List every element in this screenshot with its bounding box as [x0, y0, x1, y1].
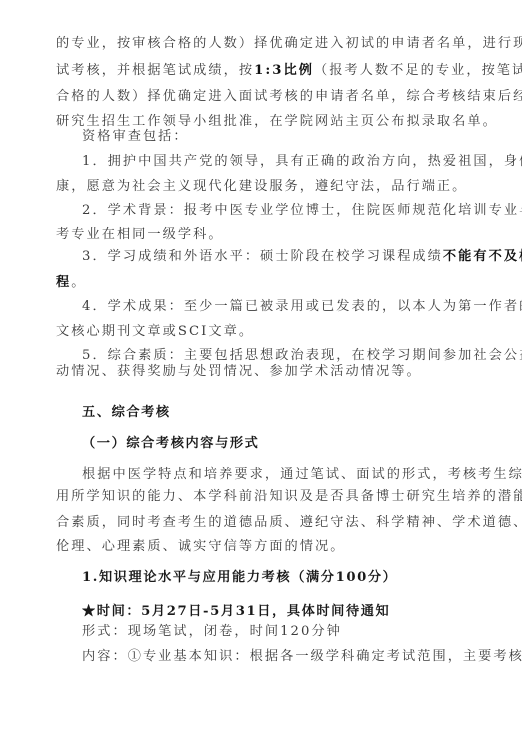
item-1-heading: 1.知识理论水平与应用能力考核（满分100分） — [82, 569, 468, 587]
subsection-1-heading: （一）综合考核内容与形式 — [82, 435, 468, 453]
para1-line2-text-b: （报考人数不足的专业，按笔试考核 — [314, 63, 522, 78]
document-page: 的专业，按审核合格的人数）择优确定进入初试的申请者名单，进行现场笔 试考核，并根… — [0, 0, 522, 730]
criterion-1-line2: 康，愿意为社会主义现代化建设服务，遵纪守法，品行端正。 — [56, 178, 468, 196]
criterion-3-text: 3．学习成绩和外语水平：硕士阶段在校学习课程成绩 — [82, 249, 443, 264]
exam-time: ★时间：5月27日-5月31日，具体时间待通知 — [82, 603, 468, 621]
para1-line2: 试考核，并根据笔试成绩，按1:3比例（报考人数不足的专业，按笔试考核 — [56, 62, 468, 80]
criterion-5-line2: 动情况、获得奖励与处罚情况、参加学术活动情况等。 — [56, 363, 468, 381]
criterion-3-period: 。 — [71, 275, 86, 290]
exam-form: 形式：现场笔试，闭卷，时间120分钟 — [82, 623, 468, 641]
criterion-3-emphasis-end: 程 — [56, 275, 71, 290]
criterion-3-line2: 程。 — [56, 274, 468, 292]
criterion-3-emphasis: 不能有不及格课 — [443, 249, 522, 264]
para1-line1: 的专业，按审核合格的人数）择优确定进入初试的申请者名单，进行现场笔 — [56, 35, 468, 53]
criterion-4-line2: 文核心期刊文章或SCI文章。 — [56, 323, 468, 341]
exam-content: 内容：①专业基本知识：根据各一级学科确定考试范围，主要考核考生 — [82, 648, 468, 666]
review-intro: 资格审查包括： — [82, 128, 468, 146]
criterion-4-line1: 4．学术成果：至少一篇已被录用或已发表的，以本人为第一作者的中 — [82, 298, 468, 316]
section-5-heading: 五、综合考核 — [82, 404, 468, 422]
criterion-2-line2: 考专业在相同一级学科。 — [56, 226, 468, 244]
criterion-1-line1: 1．拥护中国共产党的领导，具有正确的政治方向，热爱祖国，身体健 — [82, 153, 468, 171]
para2-line3: 合素质，同时考查考生的道德品质、遵纪守法、科学精神、学术道德、专业 — [56, 514, 468, 532]
criterion-2-line1: 2．学术背景：报考中医专业学位博士，住院医师规范化培训专业与报 — [82, 202, 468, 220]
para2-line2: 用所学知识的能力、本学科前沿知识及是否具备博士研究生培养的潜能和综 — [56, 488, 468, 506]
criterion-3-line1: 3．学习成绩和外语水平：硕士阶段在校学习课程成绩不能有不及格课 — [82, 248, 468, 266]
para1-line3: 合格的人数）择优确定进入面试考核的申请者名单，综合考核结束后经学院 — [56, 88, 468, 106]
para2-line4: 伦理、心理素质、诚实守信等方面的情况。 — [56, 538, 468, 556]
ratio-emphasis: 1:3比例 — [254, 63, 314, 78]
para2-line1: 根据中医学特点和培养要求，通过笔试、面试的形式，考核考生综合运 — [82, 466, 468, 484]
para1-line2-text-a: 试考核，并根据笔试成绩，按 — [56, 63, 254, 78]
